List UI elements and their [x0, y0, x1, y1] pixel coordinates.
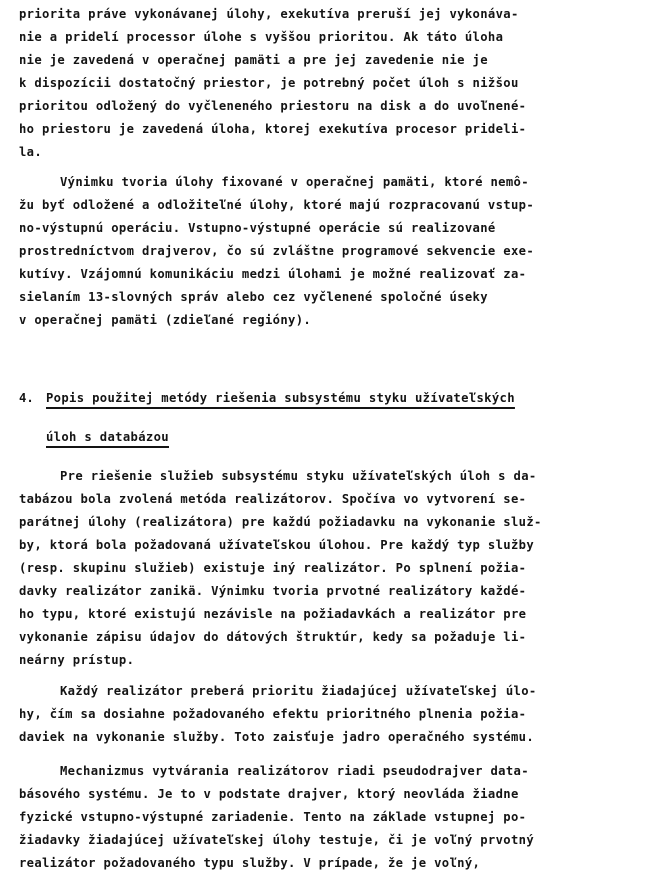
text-line: k dispozícii dostatočný priestor, je pot… [19, 75, 519, 91]
text-line: davky realizátor zanikä. Výnimku tvoria … [19, 583, 526, 599]
text-line: neárny prístup. [19, 652, 134, 668]
text-line: priorita práve vykonávanej úlohy, exekut… [19, 6, 519, 22]
text-line: nie je zavedená v operačnej pamäti a pre… [19, 52, 488, 68]
typewritten-page: priorita práve vykonávanej úlohy, exekut… [0, 0, 667, 885]
text-line: žu byť odložené a odložiteľné úlohy, kto… [19, 197, 534, 213]
section-number: 4. [19, 391, 34, 405]
text-line: parátnej úlohy (realizátora) pre každú p… [19, 514, 542, 530]
text-line: vykonanie zápisu údajov do dátových štru… [19, 629, 526, 645]
text-line: sielaním 13-slovných správ alebo cez vyč… [19, 289, 488, 305]
text-line: by, ktorá bola požadovaná užívateľskou ú… [19, 537, 534, 553]
text-line: fyzické vstupno-výstupné zariadenie. Ten… [19, 809, 526, 825]
text-line: kutívy. Vzájomnú komunikáciu medzi úloha… [19, 266, 526, 282]
text-line: realizátor požadovaného typu služby. V p… [19, 855, 480, 871]
text-line: ho priestoru je zavedená úloha, ktorej e… [19, 121, 526, 137]
text-line: Mechanizmus vytvárania realizátorov riad… [60, 763, 529, 779]
text-line: nie a pridelí processor úlohe s vyššou p… [19, 29, 503, 45]
text-line: la. [19, 144, 42, 160]
text-line: (resp. skupinu služieb) existuje iný rea… [19, 560, 526, 576]
text-line: ho typu, ktoré existujú nezávisle na pož… [19, 606, 526, 622]
text-line: žiadavky žiadajúcej užívateľskej úlohy t… [19, 832, 534, 848]
text-line: básového systému. Je to v podstate drajv… [19, 786, 519, 802]
text-line: Pre riešenie služieb subsystému styku už… [60, 468, 537, 484]
text-line: hy, čím sa dosiahne požadovaného efektu … [19, 706, 526, 722]
text-line: prostredníctvom drajverov, čo sú zvláštn… [19, 243, 534, 259]
text-line: v operačnej pamäti (zdieľané regióny). [19, 312, 311, 328]
text-line: Každý realizátor preberá prioritu žiadaj… [60, 683, 537, 699]
text-line: tabázou bola zvolená metóda realizátorov… [19, 491, 526, 507]
text-line: daviek na vykonanie služby. Toto zaisťuj… [19, 729, 534, 745]
text-line: prioritou odložený do vyčleneného priest… [19, 98, 526, 114]
text-line: Výnimku tvoria úlohy fixované v operačne… [60, 174, 529, 190]
text-line: no-výstupnú operáciu. Vstupno-výstupné o… [19, 220, 496, 236]
section-title-line: úloh s databázou [46, 430, 169, 444]
section-title-line: Popis použitej metódy riešenia subsystém… [46, 391, 515, 405]
